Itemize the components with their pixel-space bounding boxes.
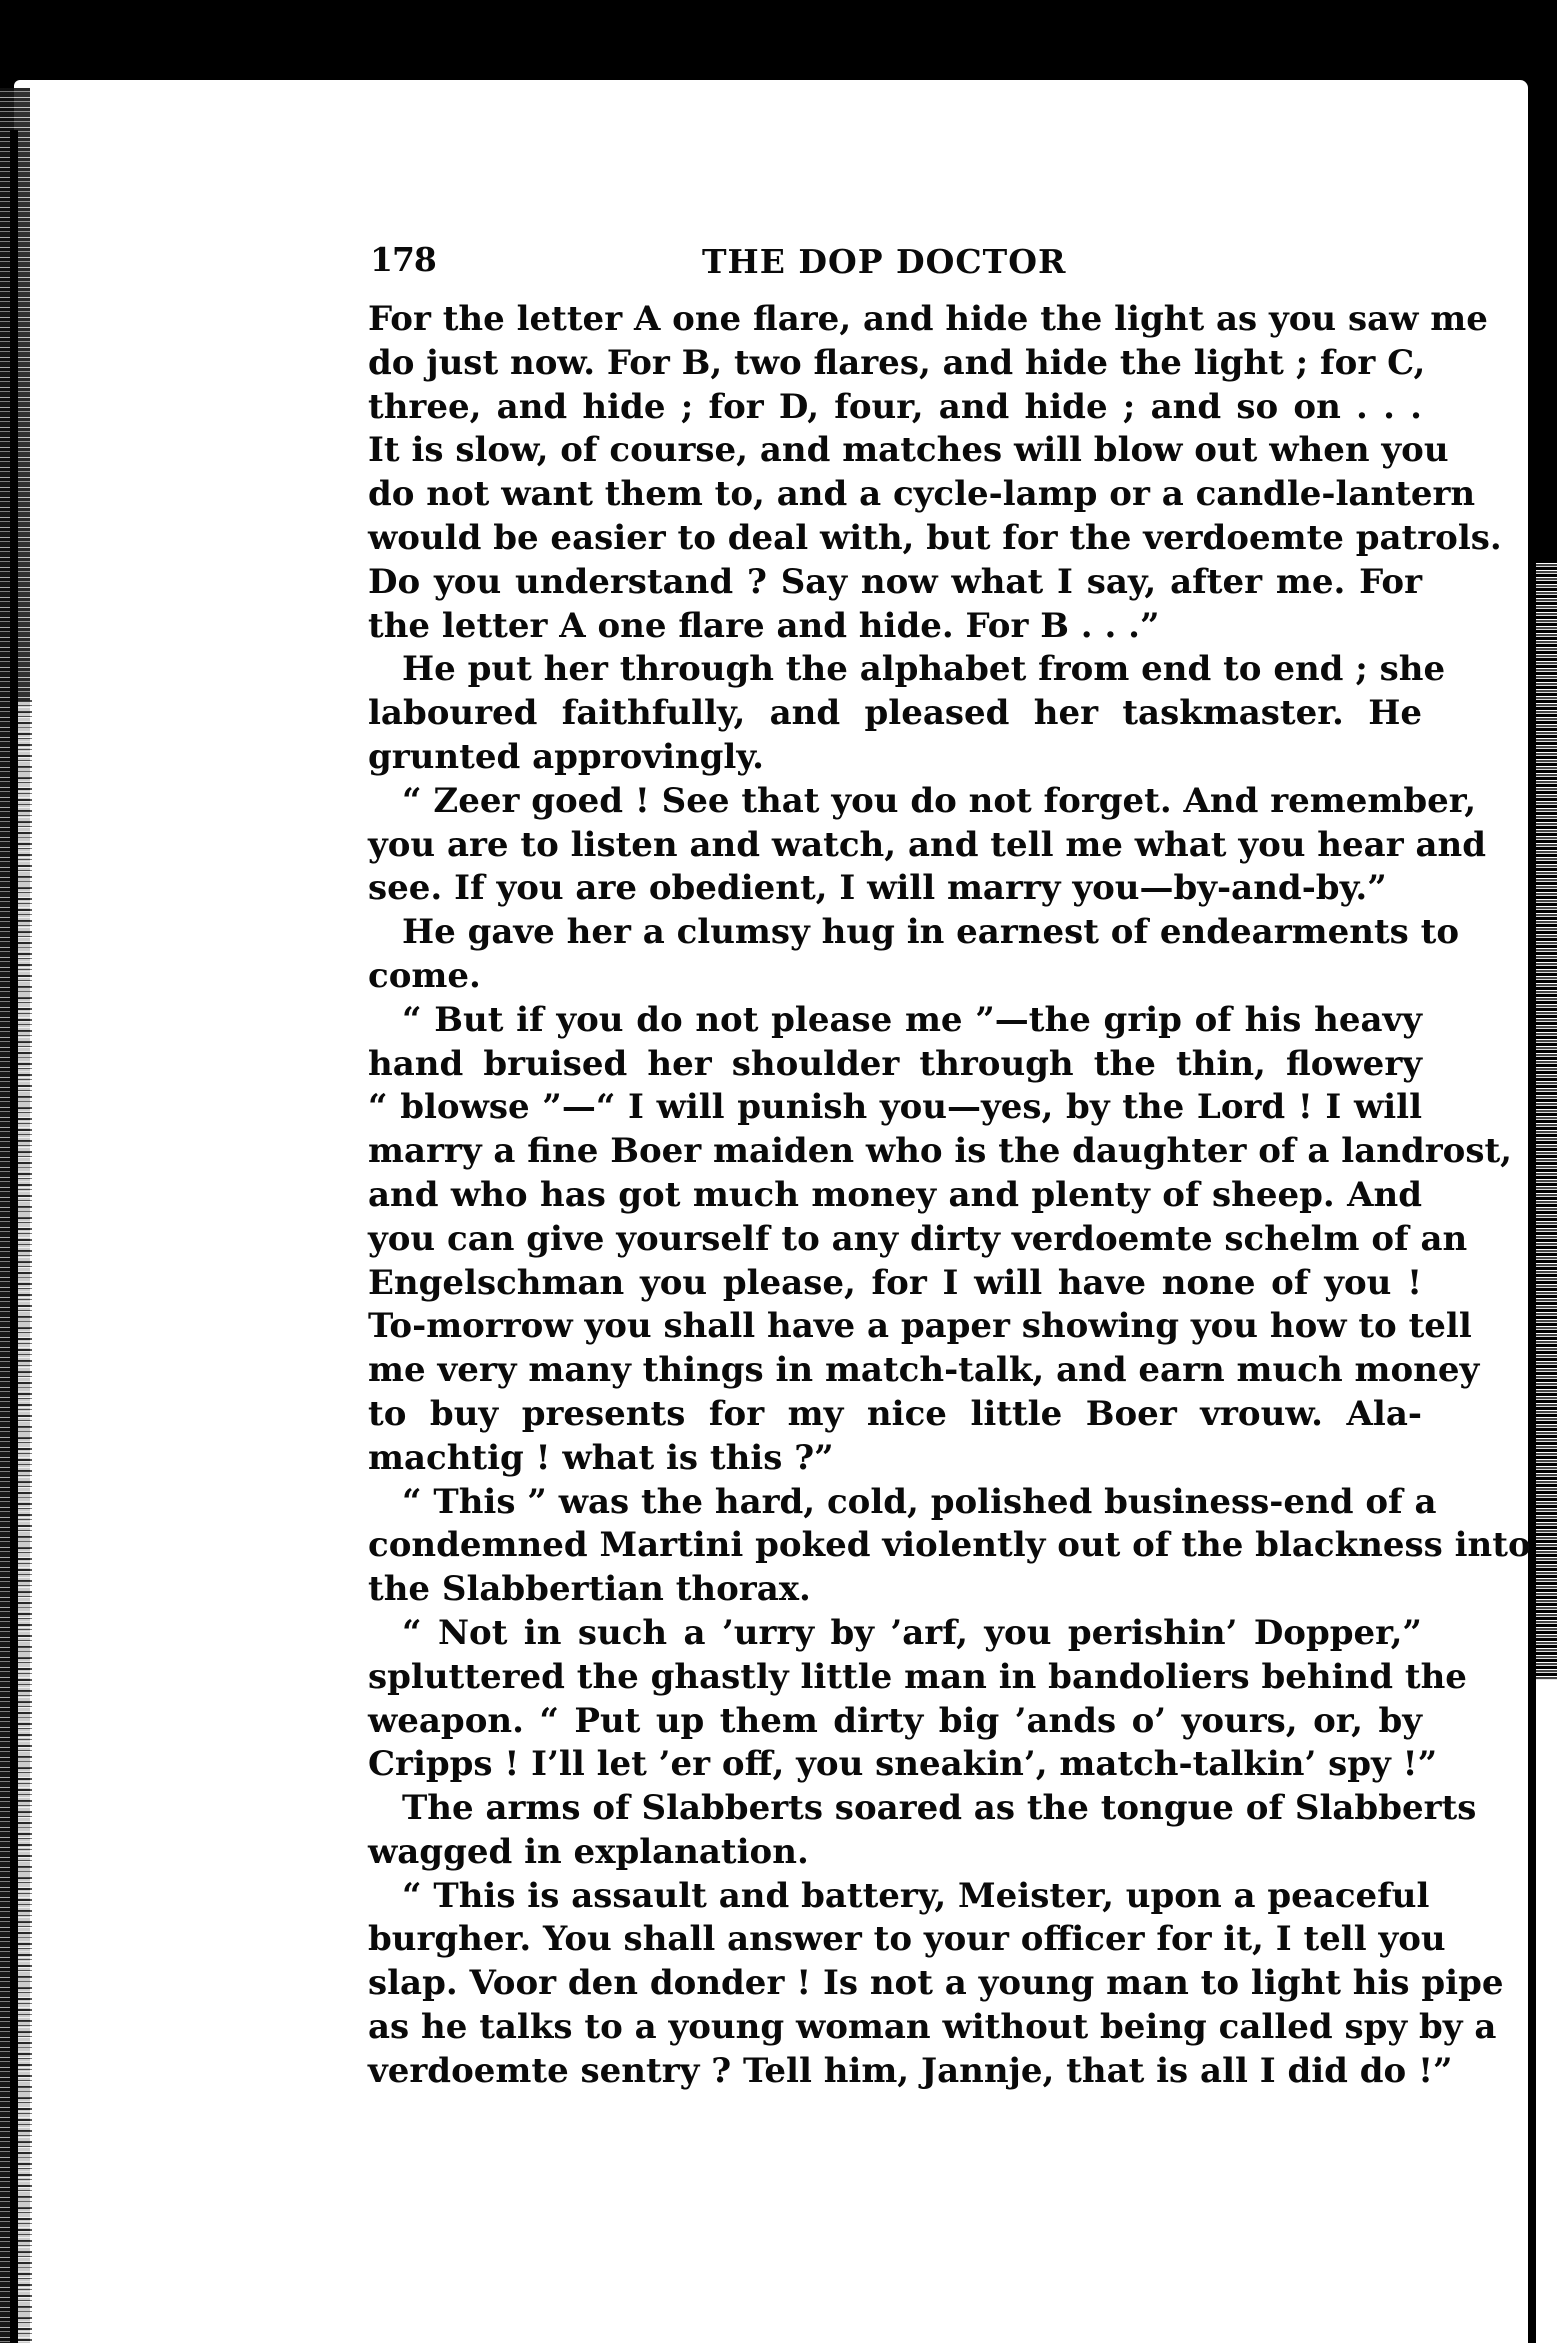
text-line: “ Zeer goed ! See that you do not forget…: [368, 780, 1422, 824]
binding-edge: [10, 130, 18, 2343]
fore-edge-line: [1528, 100, 1536, 2343]
text-line: To-morrow you shall have a paper showing…: [368, 1305, 1422, 1349]
fore-edge-speckle: [1536, 560, 1557, 1680]
text-line: me very many things in match-talk, and e…: [368, 1349, 1422, 1393]
text-line: burgher. You shall answer to your office…: [368, 1918, 1422, 1962]
body-text: For the letter A one flare, and hide the…: [368, 298, 1422, 2094]
running-head: 178 THE DOP DOCTOR: [368, 240, 1422, 280]
text-line: the letter A one flare and hide. For B .…: [368, 605, 1422, 649]
text-line: Engelschman you please, for I will have …: [368, 1262, 1422, 1306]
text-line: “ This is assault and battery, Meister, …: [368, 1875, 1422, 1919]
text-line: wagged in explanation.: [368, 1831, 1422, 1875]
text-line: as he talks to a young woman without bei…: [368, 2006, 1422, 2050]
text-line: grunted approvingly.: [368, 736, 1422, 780]
text-line: marry a fine Boer maiden who is the daug…: [368, 1130, 1422, 1174]
text-line: laboured faithfully, and pleased her tas…: [368, 692, 1422, 736]
fore-edge-shadow: [1536, 80, 1557, 560]
text-line: Do you understand ? Say now what I say, …: [368, 561, 1422, 605]
text-line: hand bruised her shoulder through the th…: [368, 1043, 1422, 1087]
text-line: the Slabbertian thorax.: [368, 1568, 1422, 1612]
text-line: come.: [368, 955, 1422, 999]
fore-edge-background: [1536, 1680, 1557, 2343]
text-line: you are to listen and watch, and tell me…: [368, 824, 1422, 868]
text-line: weapon. “ Put up them dirty big ’ands o’…: [368, 1700, 1422, 1744]
text-line: “ This ” was the hard, cold, polished bu…: [368, 1481, 1422, 1525]
text-line: see. If you are obedient, I will marry y…: [368, 867, 1422, 911]
binding-gutter-speckle: [18, 700, 32, 2343]
text-line: would be easier to deal with, but for th…: [368, 517, 1422, 561]
text-line: slap. Voor den donder ! Is not a young m…: [368, 1962, 1422, 2006]
text-line: For the letter A one flare, and hide the…: [368, 298, 1422, 342]
text-line: do just now. For B, two flares, and hide…: [368, 342, 1422, 386]
running-title: THE DOP DOCTOR: [702, 242, 1066, 281]
page-number: 178: [370, 240, 436, 279]
text-line: machtig ! what is this ?”: [368, 1437, 1422, 1481]
text-line: “ Not in such a ’urry by ’arf, you peris…: [368, 1612, 1422, 1656]
text-line: He put her through the alphabet from end…: [368, 648, 1422, 692]
text-line: “ blowse ”—“ I will punish you—yes, by t…: [368, 1086, 1422, 1130]
text-line: “ But if you do not please me ”—the grip…: [368, 999, 1422, 1043]
text-line: and who has got much money and plenty of…: [368, 1174, 1422, 1218]
text-line: to buy presents for my nice little Boer …: [368, 1393, 1422, 1437]
text-line: The arms of Slabberts soared as the tong…: [368, 1787, 1422, 1831]
text-line: three, and hide ; for D, four, and hide …: [368, 386, 1422, 430]
text-line: Cripps ! I’ll let ’er off, you sneakin’,…: [368, 1743, 1422, 1787]
text-line: condemned Martini poked violently out of…: [368, 1524, 1422, 1568]
text-line: It is slow, of course, and matches will …: [368, 429, 1422, 473]
text-line: He gave her a clumsy hug in earnest of e…: [368, 911, 1422, 955]
text-line: verdoemte sentry ? Tell him, Jannje, tha…: [368, 2050, 1422, 2094]
text-line: spluttered the ghastly little man in ban…: [368, 1656, 1422, 1700]
text-line: do not want them to, and a cycle-lamp or…: [368, 473, 1422, 517]
text-line: you can give yourself to any dirty verdo…: [368, 1218, 1422, 1262]
